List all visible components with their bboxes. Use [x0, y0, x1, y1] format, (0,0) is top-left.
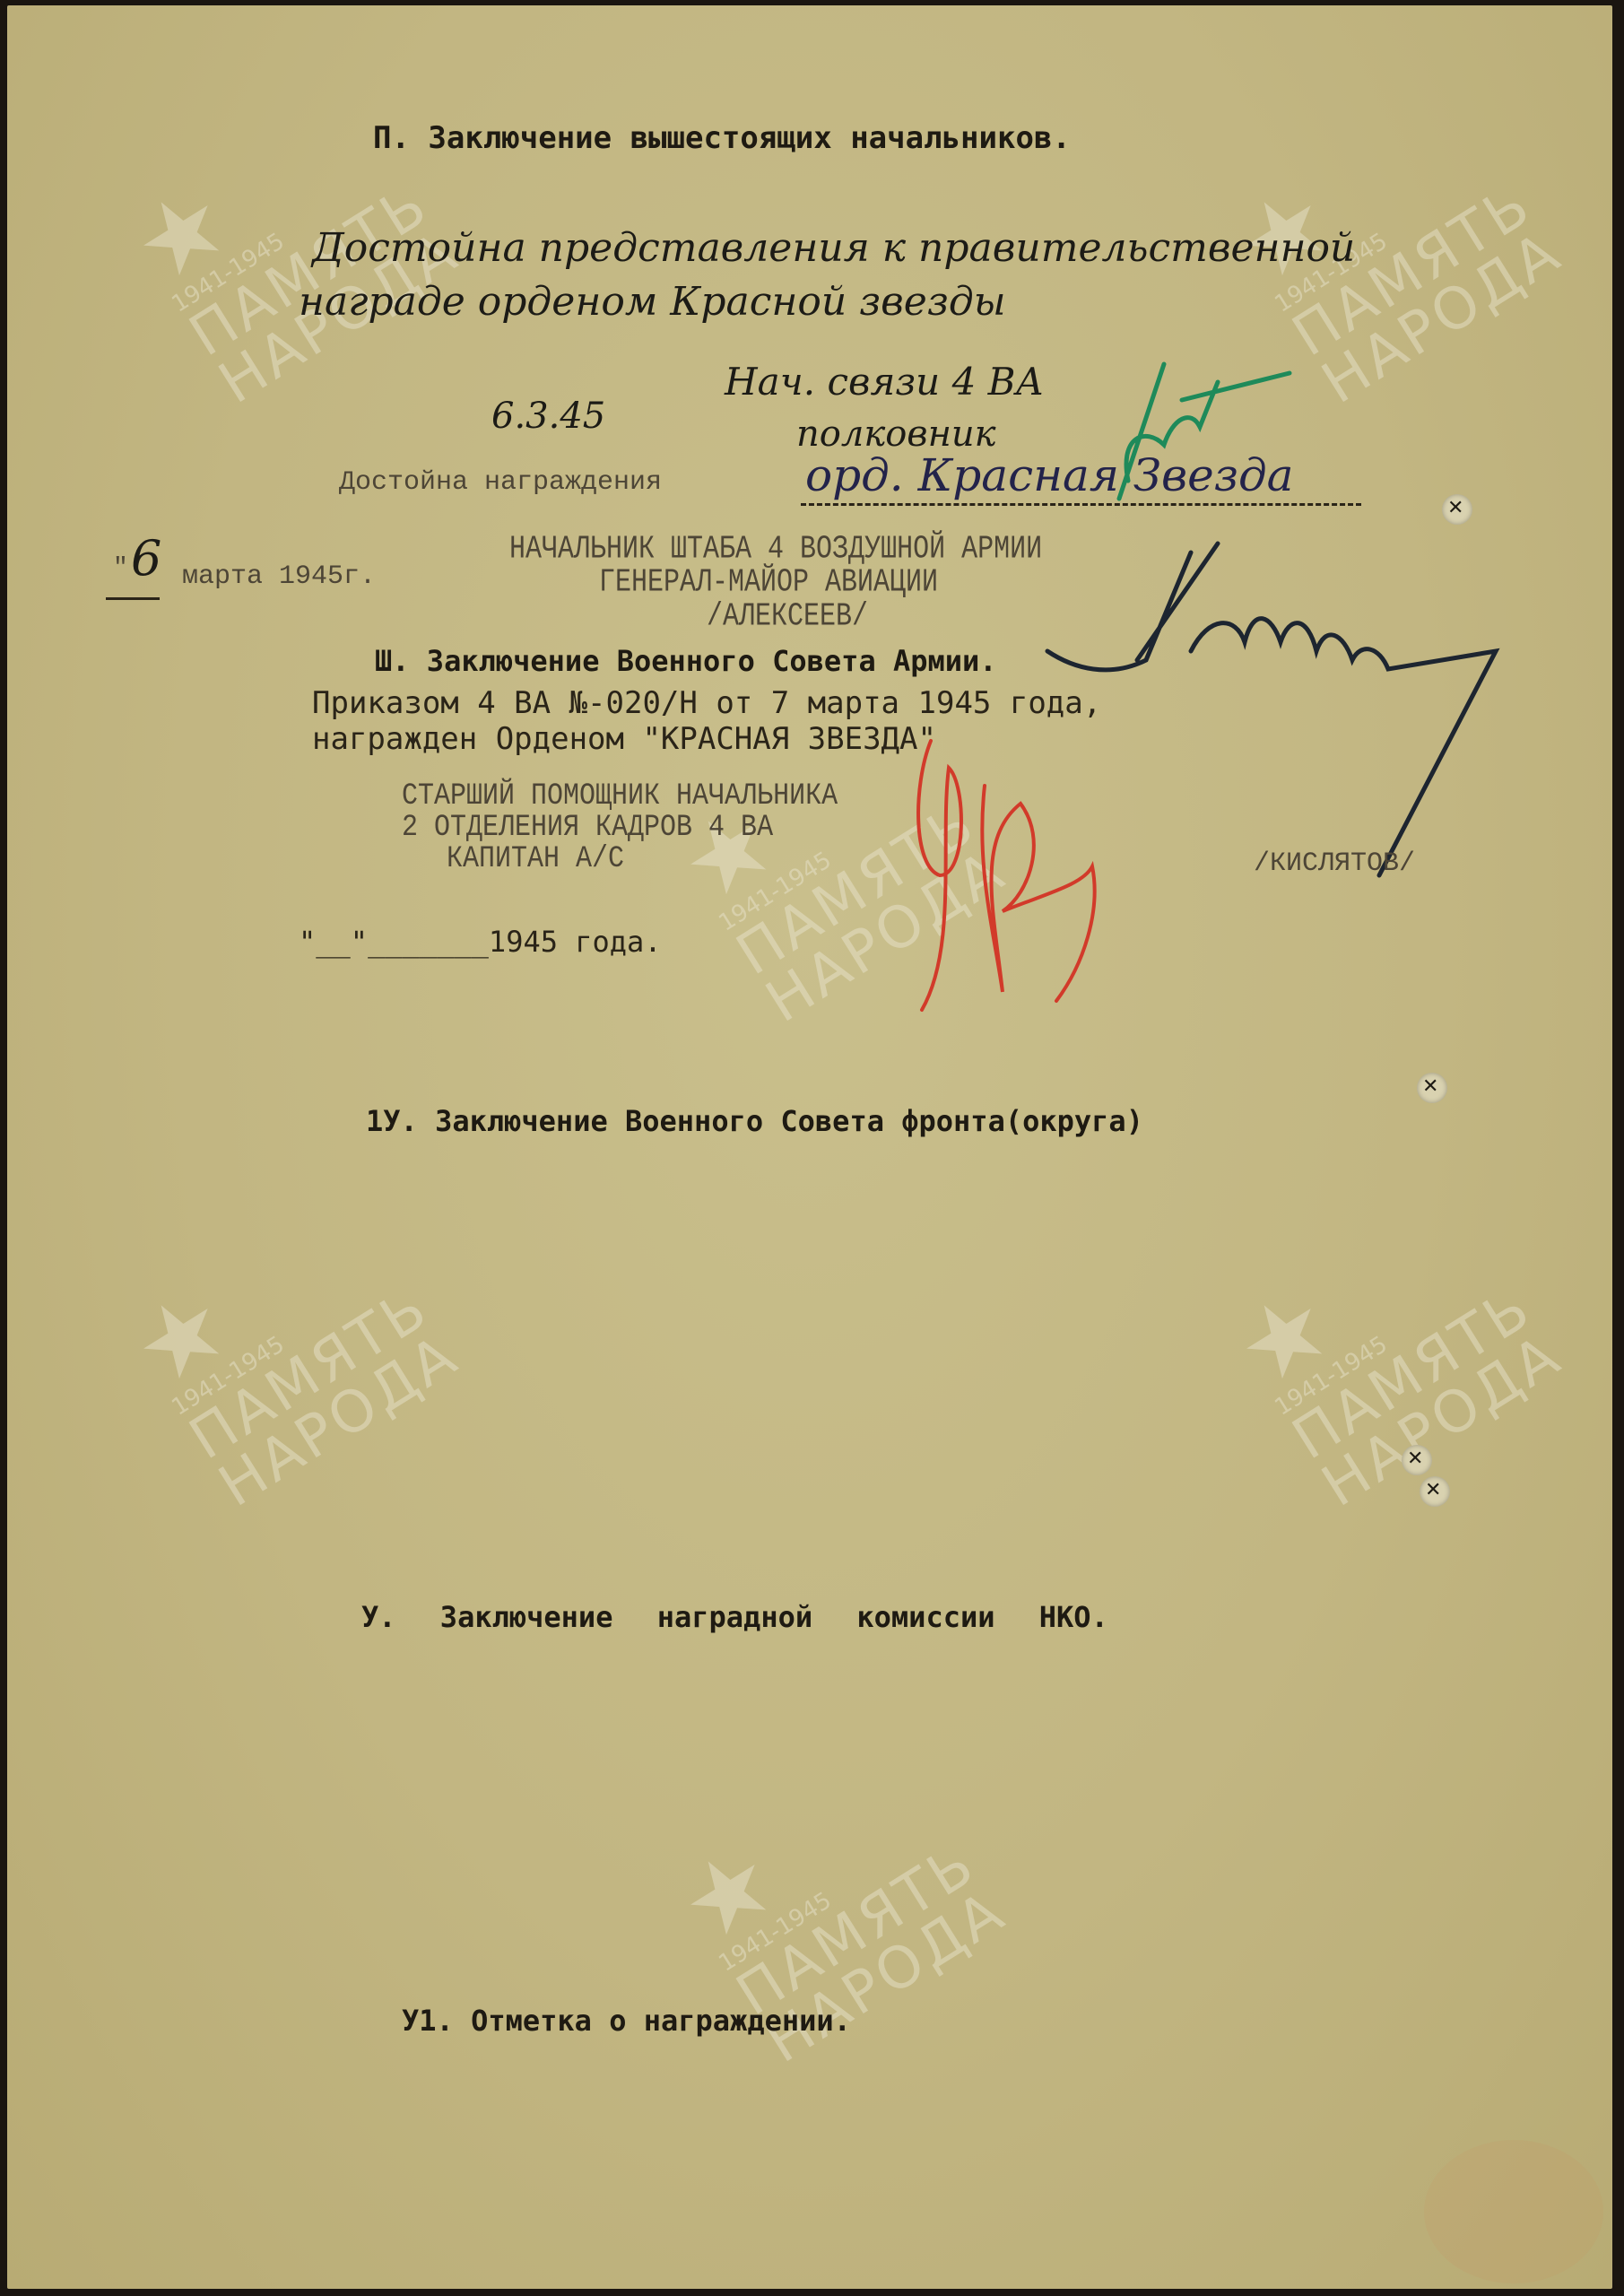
- watermark: ★ 1941-1945 ПАМЯТЬ НАРОДА: [119, 1180, 467, 1516]
- blank-date: "__"_______1945 года.: [299, 925, 662, 959]
- handwritten-signer-title: Нач. связи 4 ВА: [725, 360, 1044, 404]
- officer-title-line1: СТАРШИЙ ПОМОЩНИК НАЧАЛЬНИКА: [402, 778, 838, 813]
- handwritten-date: 6.3.45: [491, 396, 605, 437]
- date-day: 6: [131, 530, 161, 587]
- handwritten-award: орд. Красная Звезда: [805, 449, 1293, 501]
- chief-title-line2: ГЕНЕРАЛ-МАЙОР АВИАЦИИ: [599, 565, 938, 602]
- section-2-heading: П. Заключение вышестоящих начальников.: [373, 120, 1071, 156]
- staple-hole: [1402, 1445, 1432, 1475]
- date-day-underline: [106, 597, 160, 600]
- chief-name: /АЛЕКСЕЕВ/: [707, 599, 868, 636]
- red-signature-icon: [904, 732, 1119, 1019]
- officer-title-line3: КАПИТАН А/С: [447, 841, 624, 876]
- section-5-heading: У. Заключение наградной комиссии НКО.: [361, 1600, 1108, 1634]
- worthy-label: Достойна награждения: [339, 467, 662, 498]
- section-6-heading: У1. Отметка о награждении.: [402, 2004, 851, 2038]
- handwritten-recommendation: Достойна представления к правительственн…: [312, 225, 1355, 271]
- watermark: ★ 1941-1945 ПАМЯТЬ НАРОДА: [1222, 1180, 1570, 1516]
- paper-stain: [1424, 2140, 1603, 2283]
- section-3-heading: Ш. Заключение Военного Совета Армии.: [375, 644, 997, 678]
- chief-title-line1: НАЧАЛЬНИК ШТАБА 4 ВОЗДУШНОЙ АРМИИ: [509, 532, 1042, 569]
- date-quote: ": [113, 554, 128, 582]
- section-4-heading: 1У. Заключение Военного Совета фронта(ок…: [366, 1104, 1143, 1138]
- document-page: ★ 1941-1945 ПАМЯТЬ НАРОДА ★ 1941-1945 ПА…: [7, 5, 1612, 2289]
- staple-hole: [1442, 494, 1472, 525]
- order-line-1: Приказом 4 ВА №-020/Н от 7 марта 1945 го…: [312, 685, 1101, 721]
- staple-hole: [1420, 1476, 1450, 1507]
- date-month-year: марта 1945г.: [182, 561, 376, 592]
- officer-name: /КИСЛЯТОВ/: [1254, 848, 1415, 879]
- officer-title-line2: 2 ОТДЕЛЕНИЯ КАДРОВ 4 ВА: [402, 810, 773, 845]
- order-line-2: награжден Орденом "КРАСНАЯ ЗВЕЗДА": [312, 721, 936, 757]
- handwritten-recommendation: награде орденом Красной звезды: [299, 279, 1006, 325]
- staple-hole: [1417, 1073, 1447, 1103]
- award-underline: [801, 503, 1361, 506]
